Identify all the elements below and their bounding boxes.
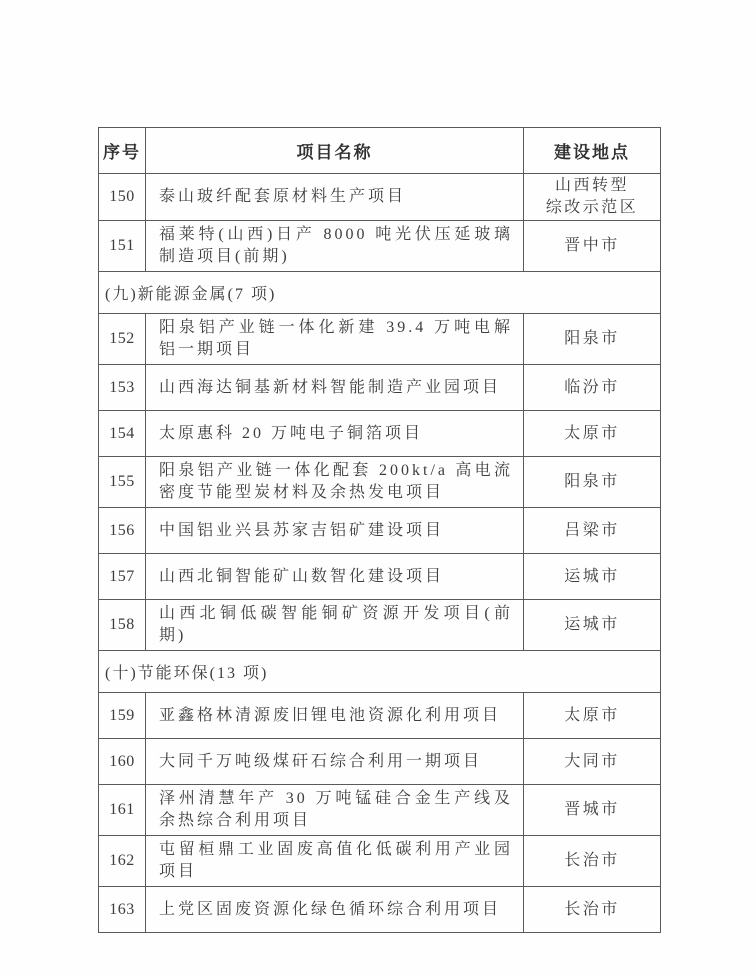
table-row: 150 泰山玻纤配套原材料生产项目 山西转型 综改示范区: [99, 174, 661, 221]
table-row: 162 屯留桓鼎工业固废高值化低碳利用产业园项目 长治市: [99, 836, 661, 887]
location: 长治市: [524, 836, 661, 887]
project-name: 阳泉铝产业链一体化新建 39.4 万吨电解铝一期项目: [146, 314, 524, 365]
serial-number: 159: [99, 693, 146, 739]
project-name: 亚鑫格林清源废旧锂电池资源化利用项目: [146, 693, 524, 739]
location: 长治市: [524, 887, 661, 933]
serial-number: 153: [99, 365, 146, 411]
project-name: 大同千万吨级煤矸石综合利用一期项目: [146, 739, 524, 785]
table-row: 154 太原惠科 20 万吨电子铜箔项目 太原市: [99, 411, 661, 457]
table-row: 151 福莱特(山西)日产 8000 吨光伏压延玻璃制造项目(前期) 晋中市: [99, 221, 661, 272]
location: 吕梁市: [524, 508, 661, 554]
project-name: 屯留桓鼎工业固废高值化低碳利用产业园项目: [146, 836, 524, 887]
serial-number: 161: [99, 785, 146, 836]
location: 临汾市: [524, 365, 661, 411]
project-name: 山西北铜智能矿山数智化建设项目: [146, 554, 524, 600]
location: 山西转型 综改示范区: [524, 174, 661, 221]
table-row: 156 中国铝业兴县苏家吉铝矿建设项目 吕梁市: [99, 508, 661, 554]
table-row: 157 山西北铜智能矿山数智化建设项目 运城市: [99, 554, 661, 600]
table-row: 152 阳泉铝产业链一体化新建 39.4 万吨电解铝一期项目 阳泉市: [99, 314, 661, 365]
serial-number: 160: [99, 739, 146, 785]
table-row: 158 山西北铜低碳智能铜矿资源开发项目(前期) 运城市: [99, 600, 661, 651]
location: 太原市: [524, 693, 661, 739]
project-name: 泰山玻纤配套原材料生产项目: [146, 174, 524, 221]
table-header-row: 序号 项目名称 建设地点: [99, 128, 661, 174]
serial-number: 158: [99, 600, 146, 651]
project-name: 山西北铜低碳智能铜矿资源开发项目(前期): [146, 600, 524, 651]
location: 阳泉市: [524, 314, 661, 365]
location: 运城市: [524, 554, 661, 600]
serial-number: 154: [99, 411, 146, 457]
section-header-row: (九)新能源金属(7 项): [99, 272, 661, 314]
location: 晋中市: [524, 221, 661, 272]
header-project-name: 项目名称: [146, 128, 524, 174]
project-table: 序号 项目名称 建设地点 150 泰山玻纤配套原材料生产项目 山西转型 综改示范…: [98, 127, 661, 933]
table-row: 159 亚鑫格林清源废旧锂电池资源化利用项目 太原市: [99, 693, 661, 739]
serial-number: 163: [99, 887, 146, 933]
project-name: 泽州清慧年产 30 万吨锰硅合金生产线及余热综合利用项目: [146, 785, 524, 836]
project-name: 福莱特(山西)日产 8000 吨光伏压延玻璃制造项目(前期): [146, 221, 524, 272]
location: 大同市: [524, 739, 661, 785]
location: 阳泉市: [524, 457, 661, 508]
serial-number: 162: [99, 836, 146, 887]
header-location: 建设地点: [524, 128, 661, 174]
section-label: (九)新能源金属(7 项): [99, 272, 661, 314]
project-name: 中国铝业兴县苏家吉铝矿建设项目: [146, 508, 524, 554]
serial-number: 152: [99, 314, 146, 365]
project-name: 阳泉铝产业链一体化配套 200kt/a 高电流密度节能型炭材料及余热发电项目: [146, 457, 524, 508]
project-name: 山西海达铜基新材料智能制造产业园项目: [146, 365, 524, 411]
location: 太原市: [524, 411, 661, 457]
location: 运城市: [524, 600, 661, 651]
serial-number: 150: [99, 174, 146, 221]
table-row: 155 阳泉铝产业链一体化配套 200kt/a 高电流密度节能型炭材料及余热发电…: [99, 457, 661, 508]
table-row: 163 上党区固废资源化绿色循环综合利用项目 长治市: [99, 887, 661, 933]
project-name: 上党区固废资源化绿色循环综合利用项目: [146, 887, 524, 933]
location: 晋城市: [524, 785, 661, 836]
section-label: (十)节能环保(13 项): [99, 651, 661, 693]
document-page: 序号 项目名称 建设地点 150 泰山玻纤配套原材料生产项目 山西转型 综改示范…: [0, 0, 756, 974]
table-row: 153 山西海达铜基新材料智能制造产业园项目 临汾市: [99, 365, 661, 411]
serial-number: 151: [99, 221, 146, 272]
serial-number: 156: [99, 508, 146, 554]
serial-number: 157: [99, 554, 146, 600]
section-header-row: (十)节能环保(13 项): [99, 651, 661, 693]
table-row: 161 泽州清慧年产 30 万吨锰硅合金生产线及余热综合利用项目 晋城市: [99, 785, 661, 836]
table-row: 160 大同千万吨级煤矸石综合利用一期项目 大同市: [99, 739, 661, 785]
serial-number: 155: [99, 457, 146, 508]
project-name: 太原惠科 20 万吨电子铜箔项目: [146, 411, 524, 457]
header-serial-number: 序号: [99, 128, 146, 174]
